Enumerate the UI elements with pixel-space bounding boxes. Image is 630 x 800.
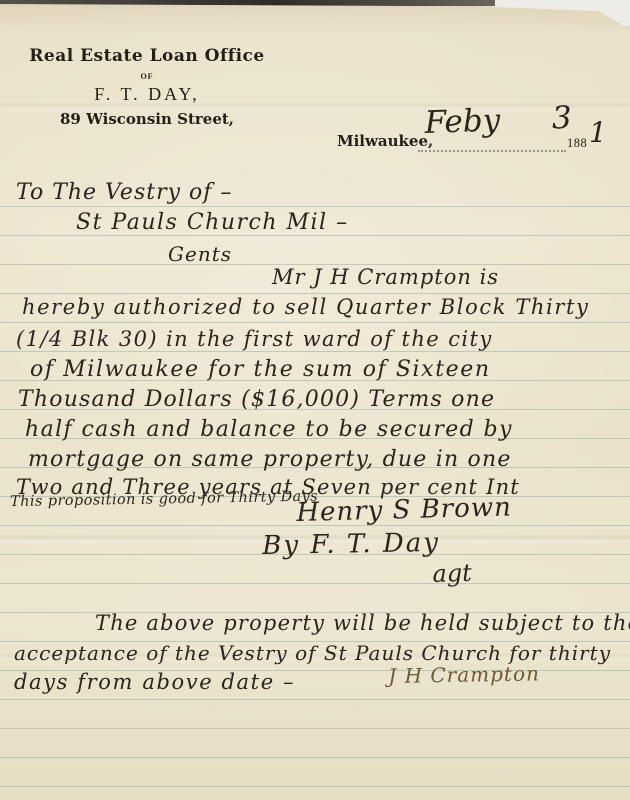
signature-henry-brown: Henry S Brown (296, 492, 512, 528)
postscript-line: The above property will be held subject … (95, 611, 630, 635)
body-line: Mr J H Crampton is (272, 265, 499, 289)
letterhead-proprietor-name: F. T. DAY, (18, 84, 276, 105)
body-line: half cash and balance to be secured by (25, 417, 513, 442)
letterhead-street-address: 89 Wisconsin Street, (18, 110, 276, 128)
addressee-line: St Pauls Church Mil – (76, 210, 349, 235)
letterhead-office-name: Real Estate Loan Office (18, 46, 276, 66)
body-line: of Milwaukee for the sum of Sixteen (30, 357, 491, 382)
greeting-line: Gents (168, 242, 232, 266)
dotted-date-rule (418, 135, 566, 152)
signature-agent-note: agt (432, 559, 472, 588)
printed-year-prefix: 188 (567, 136, 587, 151)
postscript-line: days from above date – (14, 670, 295, 694)
salutation-line: To The Vestry of – (16, 180, 232, 205)
scanned-letter-page: { "colors":{ "paper":"#eae2c9", "ruled_l… (0, 0, 630, 800)
signature-jh-crampton: J H Crampton (388, 661, 540, 688)
handwritten-year-digit: 1 (589, 116, 607, 149)
body-line: hereby authorized to sell Quarter Block … (22, 295, 590, 319)
signature-by-ft-day: By F. T. Day (262, 528, 440, 561)
body-line: Thousand Dollars ($16,000) Terms one (18, 387, 495, 412)
letter-paper: Real Estate Loan Office OF F. T. DAY, 89… (0, 4, 630, 800)
body-line: (1/4 Blk 30) in the first ward of the ci… (16, 327, 493, 351)
body-line: mortgage on same property, due in one (28, 447, 512, 472)
printed-letterhead: Real Estate Loan Office OF F. T. DAY, 89… (18, 46, 276, 128)
letterhead-of: OF (18, 72, 276, 81)
